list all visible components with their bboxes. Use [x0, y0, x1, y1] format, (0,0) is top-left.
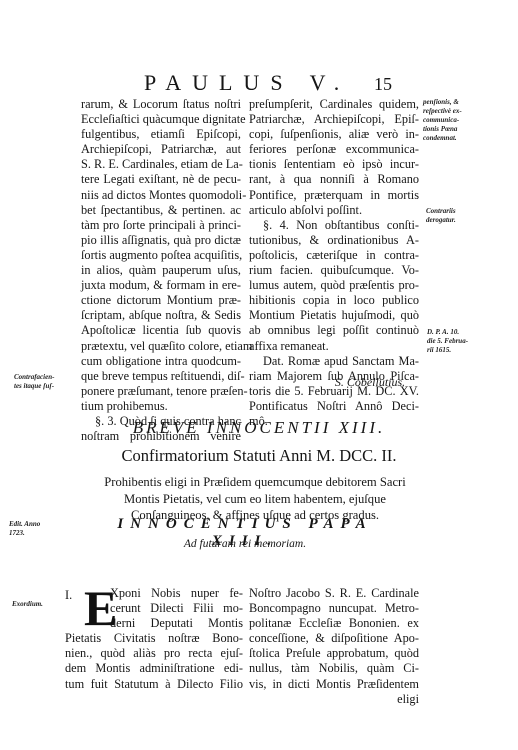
text-line: copi, ſuſpenſionis, aliæ verò in- — [249, 127, 419, 142]
text-line: fulgentibus, etiamſi Epiſcopi, — [81, 127, 241, 142]
upper-left-column: rarum, & Locorum ſtatus noſtri Eccleſiaſ… — [81, 97, 241, 444]
brief-title: BREVE INNOCENTII XIII. — [0, 418, 518, 438]
text-line: ſtolica Preſule approbatum, quòd — [249, 646, 419, 661]
formula-line: Ad futuram rei memoriam. — [80, 538, 410, 550]
text-line: dem Montis adminiſtratione edi- — [65, 661, 243, 676]
text-line: ctione dictorum Montium præ- — [81, 293, 241, 308]
signature: S. Cobellutius. — [300, 375, 440, 390]
text-line: feriores perſonæ excommunica- — [249, 142, 419, 157]
margin-note-line: D. P. A. 10. — [427, 328, 502, 337]
brief-subtitle: Confirmatorium Statuti Anni M. DCC. II. — [0, 446, 518, 466]
margin-note-line: communica- — [423, 116, 503, 125]
margin-note-derogation: Contrariis derogatur. — [426, 207, 496, 225]
text-line: cum obligatione intra quodcum- — [81, 354, 241, 369]
margin-note-line: 1723. — [9, 529, 54, 538]
text-line: pio illis aſſignatis, quà pro dictæ — [81, 233, 241, 248]
text-line: tere Legati exiſtant, nè de pecu- — [81, 172, 241, 187]
text-line: lumus autem, quòd præſentis pro- — [249, 278, 419, 293]
margin-note-line: Contrafacien- — [14, 373, 74, 382]
text-line: ſcriptam, abſque noſtra, & Sedis — [81, 308, 241, 323]
text-line: ponere præſumant, tenore præſen- — [81, 384, 241, 399]
text-line: Montium Pietatis hujuſmodi, quò — [249, 308, 419, 323]
text-line: in alios, quàm pauperum uſus, — [81, 263, 241, 278]
text-line: S. R. E. Cardinales, etiam de La- — [81, 157, 241, 172]
margin-note-line: tionis Pœna — [423, 125, 503, 134]
text-line: Boncompagno nuncupat. Metro- — [249, 601, 419, 616]
page-number: 15 — [374, 74, 392, 95]
paragraph-number: I. — [65, 588, 72, 603]
margin-note-date: D. P. A. 10. die 5. Februa- rii 1615. — [427, 328, 502, 355]
running-head: PAULUS V. 15 — [0, 70, 518, 98]
summary-line: Prohibentis eligi in Præſidem quemcumque… — [75, 474, 435, 491]
text-line: juxta modum, & formam in ere- — [81, 278, 241, 293]
margin-note-offenders: Contrafacien- tes itaque ſuſ- — [14, 373, 74, 391]
text-line: vis, in dicti Montis Præſidentem — [249, 677, 419, 692]
margin-note-penalty: penſionis, & reſpectivè ex- communica- t… — [423, 98, 503, 143]
text-line: niis ad dictos Montes quomodoli- — [81, 188, 241, 203]
text-line: tàm pro ſorte principali à princi- — [81, 218, 241, 233]
text-line: rium facien. quibuſcumque. Vo- — [249, 263, 419, 278]
text-line: Archiepiſcopi, Patriarchæ, aut — [81, 142, 241, 157]
text-line: rant, à qua nonniſi à Romano — [249, 172, 419, 187]
margin-note-line: Edit. Anno — [9, 520, 54, 529]
margin-note-line: rii 1615. — [427, 346, 502, 355]
margin-note-line: penſionis, & — [423, 98, 503, 107]
margin-note-line: Contrariis — [426, 207, 496, 216]
text-line: Pontificatus Noſtri Annô Deci- — [249, 399, 419, 414]
text-line: conceſſione, & diſpoſitione Apo- — [249, 631, 419, 646]
running-title: PAULUS V. — [144, 70, 350, 96]
section-4-start: §. 4. Non obſtantibus conſti- — [249, 218, 419, 233]
text-line: tionis ſententiam eò ipsò incur- — [249, 157, 419, 172]
text-line: poſtolicis, cæteriſque in contra- — [249, 248, 419, 263]
text-line: nullus, tàm Nobilis, quàm Ci- — [249, 661, 419, 676]
text-line: preſumpſerit, Cardinales quidem, — [249, 97, 419, 112]
text-line: ab omnibus legi poſſit continuò — [249, 323, 419, 338]
text-line: Patriarchæ, Archiepiſcopi, Epiſ- — [249, 112, 419, 127]
text-line: articulo abſolvi poſſint. — [249, 203, 419, 218]
drop-cap: E — [84, 586, 117, 630]
margin-note-edition: Edit. Anno 1723. — [9, 520, 54, 538]
text-line: prætextu, vel quæſito colore, etiam — [81, 339, 241, 354]
text-line: Noſtro Jacobo S. R. E. Cardinale — [249, 586, 419, 601]
text-line: Eccleſiaſtici quàcumque dignitate — [81, 112, 241, 127]
margin-note-line: die 5. Februa- — [427, 337, 502, 346]
text-line: hibitionis copia in loco publico — [249, 293, 419, 308]
catchword: eligi — [249, 692, 419, 707]
text-line: bet ſpectantibus, & pertinen. ac — [81, 203, 241, 218]
margin-note-line: Exordium. — [12, 600, 62, 609]
summary-line: Montis Pietatis, vel cum eo litem habent… — [75, 491, 435, 508]
text-line: ſortis augmento poſtea acquiſitis, — [81, 248, 241, 263]
body-right-column: Noſtro Jacobo S. R. E. Cardinale Boncomp… — [249, 586, 419, 707]
margin-note-line: derogatur. — [426, 216, 496, 225]
text-line: tium prohibemus. — [81, 399, 241, 414]
text-line: Pontifice, præterquam in mortis — [249, 188, 419, 203]
dating-clause-start: Dat. Romæ apud Sanctam Ma- — [249, 354, 419, 369]
body-left-column: I. E Xponi Nobis nuper fe- cerunt Dilect… — [65, 586, 243, 692]
text-line: que breve tempus reſtituendi, diſ- — [81, 369, 241, 384]
text-line: Apoſtolicæ licentia ſub quovis — [81, 323, 241, 338]
text-line: rarum, & Locorum ſtatus noſtri — [81, 97, 241, 112]
margin-note-line: tes itaque ſuſ- — [14, 382, 74, 391]
margin-note-exordium: Exordium. — [12, 600, 62, 609]
text-line: affixa remaneat. — [249, 339, 419, 354]
margin-note-line: condemnat. — [423, 134, 503, 143]
text-line: politanæ Eccleſiæ Bononien. ex — [249, 616, 419, 631]
text-line: nien., quòd aliàs pro recta ejuſ- — [65, 646, 243, 661]
text-line: tutionibus, & ordinationibus A- — [249, 233, 419, 248]
text-line: tum fuit Statutum à Dilecto Filio — [65, 677, 243, 692]
margin-note-line: reſpectivè ex- — [423, 107, 503, 116]
